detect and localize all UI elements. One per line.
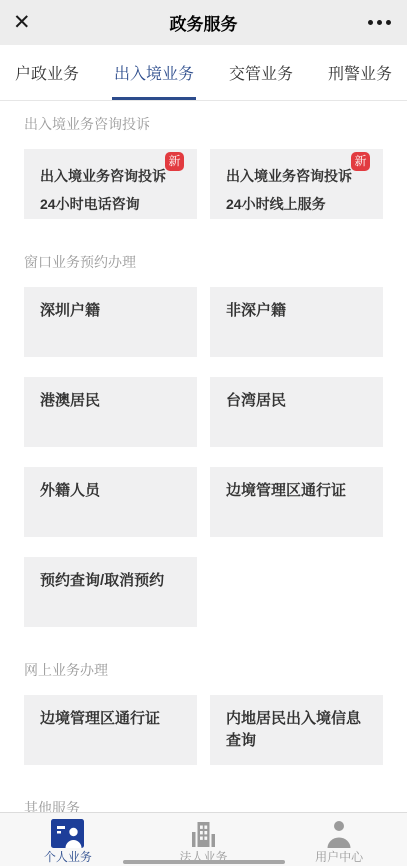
card-shenzhen-hukou[interactable]: 深圳户籍 [24,287,197,357]
card-title: 出入境业务咨询投诉 [226,162,368,190]
section-title-online: 网上业务办理 [24,661,383,679]
bottom-tabbar: 个人业务 法人业务 [0,812,407,866]
tabbar-item-personal[interactable]: 个人业务 [18,818,118,864]
card-title: 深圳户籍 [40,300,182,322]
card-online-service[interactable]: 出入境业务咨询投诉 24小时线上服务 新 [210,149,383,219]
card-taiwan-residents[interactable]: 台湾居民 [210,377,383,447]
card-border-area-pass[interactable]: 边境管理区通行证 [210,467,383,537]
category-tabs: 户政业务 出入境业务 交管业务 刑警业务 [0,45,407,101]
navbar: ✕ 政务服务 [0,0,407,45]
tabbar-item-user-center[interactable]: 用户中心 [289,818,389,864]
tab-xingjing[interactable]: 刑警业务 [326,45,394,100]
card-subtitle: 24小时电话咨询 [40,190,182,218]
card-appointment-query-cancel[interactable]: 预约查询/取消预约 [24,557,197,627]
card-title: 内地居民出入境信息查询 [226,708,368,752]
card-border-area-pass-online[interactable]: 边境管理区通行证 [24,695,197,765]
content: 出入境业务咨询投诉 出入境业务咨询投诉 24小时电话咨询 新 出入境业务咨询投诉… [0,115,407,817]
id-card-icon [51,818,84,849]
card-title: 台湾居民 [226,390,368,412]
card-subtitle: 24小时线上服务 [226,190,368,218]
card-title: 外籍人员 [40,480,182,502]
card-foreign-nationals[interactable]: 外籍人员 [24,467,197,537]
card-title: 边境管理区通行证 [40,708,182,730]
home-indicator[interactable] [123,860,285,864]
card-title: 港澳居民 [40,390,182,412]
card-non-shenzhen-hukou[interactable]: 非深户籍 [210,287,383,357]
card-title: 出入境业务咨询投诉 [40,162,182,190]
close-icon[interactable]: ✕ [13,0,31,45]
user-icon [324,818,354,849]
app-screen: ✕ 政务服务 户政业务 出入境业务 交管业务 刑警业务 出入境业务咨询投诉 出入… [0,0,407,866]
card-title: 非深户籍 [226,300,368,322]
card-phone-consult[interactable]: 出入境业务咨询投诉 24小时电话咨询 新 [24,149,197,219]
section-title-window: 窗口业务预约办理 [24,253,383,271]
tab-churujing[interactable]: 出入境业务 [112,45,196,100]
tabbar-item-corporate[interactable]: 法人业务 [153,818,253,864]
tabbar-label: 用户中心 [315,850,363,864]
window-card-grid: 深圳户籍 非深户籍 港澳居民 台湾居民 外籍人员 边境管理区通行证 预约查询/取… [0,287,407,627]
new-badge: 新 [165,152,184,171]
card-hk-macau-residents[interactable]: 港澳居民 [24,377,197,447]
card-title: 边境管理区通行证 [226,480,368,502]
new-badge: 新 [351,152,370,171]
card-title: 预约查询/取消预约 [40,570,182,592]
card-exit-entry-info-query[interactable]: 内地居民出入境信息查询 [210,695,383,765]
online-card-grid: 边境管理区通行证 内地居民出入境信息查询 [0,695,407,765]
tab-huzheng[interactable]: 户政业务 [13,45,81,100]
more-menu-icon[interactable] [368,0,391,45]
tabbar-label: 个人业务 [44,850,92,864]
consult-card-grid: 出入境业务咨询投诉 24小时电话咨询 新 出入境业务咨询投诉 24小时线上服务 … [0,149,407,219]
page-title: 政务服务 [0,10,407,35]
section-title-consult: 出入境业务咨询投诉 [24,115,383,133]
tab-jiaoguan[interactable]: 交管业务 [227,45,295,100]
building-icon [188,818,219,849]
